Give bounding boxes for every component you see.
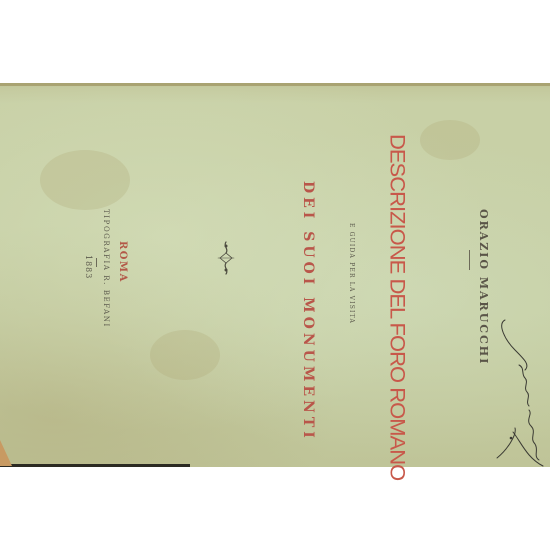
book-subtitle-continued: DEI SUOI MONUMENTI — [301, 181, 315, 442]
handwritten-signature — [495, 310, 550, 470]
paper-bottom-edge — [0, 464, 190, 467]
imprint-year: 1883 — [84, 255, 92, 279]
author-divider — [469, 250, 470, 270]
paper-top-edge — [0, 83, 550, 86]
paper-stain — [150, 330, 220, 380]
paper-stain — [420, 120, 480, 160]
book-subtitle: E GUIDA PER LA VISITA — [348, 223, 354, 324]
book-title: DESCRIZIONE DEL FORO ROMANO — [387, 134, 408, 480]
paper-stain — [40, 150, 130, 210]
corner-tear — [0, 440, 12, 466]
author-name: ORAZIO MARUCCHI — [478, 209, 489, 365]
imprint-divider — [96, 258, 97, 267]
printer-ornament-icon — [214, 240, 238, 276]
imprint-city: ROMA — [117, 241, 127, 283]
imprint-printer: TIPOGRAFIA R. BEFANI — [102, 209, 109, 328]
